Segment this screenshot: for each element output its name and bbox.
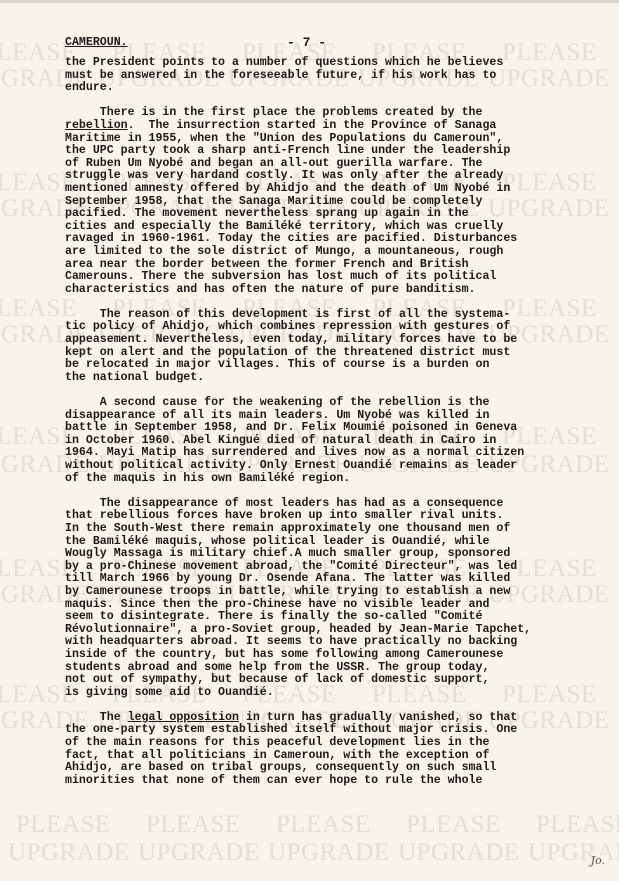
text-line: must be answered in the foreseeable futu… <box>65 70 585 83</box>
underlined-term: legal opposition <box>128 711 239 724</box>
document-page: PLEASEPLEASEPLEASEPLEASEPLEASEUPGRADEUPG… <box>0 0 619 881</box>
text-line: inside of the country, but has some foll… <box>65 649 585 662</box>
text-line: by Camerounese troops in battle, while t… <box>65 586 585 599</box>
text-line: is giving some aid to Ouandié. <box>65 687 585 700</box>
watermark-row: PLEASEPLEASEPLEASEPLEASEPLEASE <box>16 811 619 839</box>
text-line: of the maquis in his own Bamiléké region… <box>65 473 585 486</box>
text-line: be relocated in major villages. This of … <box>65 359 585 372</box>
watermark-text: UPGRADE <box>528 839 619 867</box>
paragraph: A second cause for the weakening of the … <box>65 397 585 485</box>
text-line: appeasement. Nevertheless, even today, m… <box>65 334 585 347</box>
text-line: endure. <box>65 82 585 95</box>
text-line: Camerouns. There the subversion has lost… <box>65 271 585 284</box>
text-line: rebellion. The insurrection started in t… <box>65 120 585 133</box>
paragraph: The reason of this development is first … <box>65 309 585 385</box>
text-line: In the South-West there remain approxima… <box>65 523 585 536</box>
page-number: - 7 - <box>287 37 326 50</box>
text-line: not out of sympathy, but because of lack… <box>65 674 585 687</box>
text-line: minorities that none of them can ever ho… <box>65 775 585 788</box>
watermark-text: UPGRADE <box>8 839 138 867</box>
text-line: Wougly Massaga is military chief.A much … <box>65 548 585 561</box>
watermark-row: UPGRADEUPGRADEUPGRADEUPGRADEUPGRADE <box>8 839 619 867</box>
text-line: seem to disintegrate. There is finally t… <box>65 611 585 624</box>
watermark-text: PLEASE <box>406 811 536 839</box>
text-line: the President points to a number of ques… <box>65 57 585 70</box>
text-line: Ahidjo, are based on tribal groups, cons… <box>65 762 585 775</box>
text-line: A second cause for the weakening of the … <box>65 397 585 410</box>
page-header: CAMEROUN. - 7 - <box>65 37 585 57</box>
watermark-text: UPGRADE <box>398 839 528 867</box>
paragraph: The disappearance of most leaders has ha… <box>65 498 585 700</box>
watermark-text: PLEASE <box>536 811 619 839</box>
underlined-term: rebellion <box>65 119 128 132</box>
watermark-text: UPGRADE <box>268 839 398 867</box>
text-line: characteristics and has often the nature… <box>65 284 585 297</box>
text-line: battle in September 1958, and Dr. Felix … <box>65 422 585 435</box>
watermark-text: PLEASE <box>16 811 146 839</box>
watermark-text: UPGRADE <box>138 839 268 867</box>
text-line: are limited to the sole district of Mung… <box>65 246 585 259</box>
paragraph: The legal opposition in turn has gradual… <box>65 712 585 788</box>
watermark-text: PLEASE <box>146 811 276 839</box>
text-line: the UPC party took a sharp anti-French l… <box>65 145 585 158</box>
text-line: mentioned amnesty offered by Ahidjo and … <box>65 183 585 196</box>
text-line: without political activity. Only Ernest … <box>65 460 585 473</box>
document-body: CAMEROUN. - 7 - the President points to … <box>65 37 585 800</box>
text-line: the national budget. <box>65 372 585 385</box>
handwritten-initials: Jo. <box>591 854 605 867</box>
text-line: pacified. The movement nevertheless spra… <box>65 208 585 221</box>
document-title: CAMEROUN. <box>65 37 128 50</box>
paragraphs-container: the President points to a number of ques… <box>65 57 585 787</box>
watermark-text: PLEASE <box>276 811 406 839</box>
paragraph: There is in the first place the problems… <box>65 107 585 296</box>
text-line: of the main reasons for this peaceful de… <box>65 737 585 750</box>
paragraph: the President points to a number of ques… <box>65 57 585 95</box>
